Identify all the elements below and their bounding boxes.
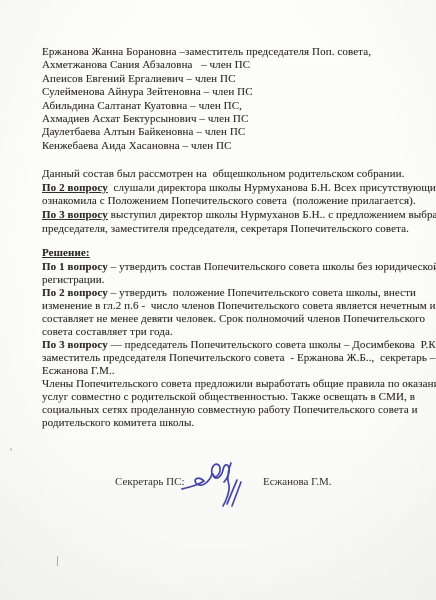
secretary-label: Секретарь ПС: xyxy=(115,476,185,488)
decision-line: По 1 вопросу – утвердить состав Попечите… xyxy=(42,261,436,274)
resolution-heading-text: Решение: xyxy=(42,247,90,259)
discussion-paragraphs: Данный состав был рассмотрен на общешкол… xyxy=(42,168,436,236)
scan-artifact-tick xyxy=(57,556,58,566)
closing-text: родительского комитета школы. xyxy=(42,417,194,429)
decision-3-lead: По 3 вопросу xyxy=(42,339,108,351)
closing-text: Члены Попечительского совета предложили … xyxy=(42,378,436,390)
question-2-lead: По 2 вопросу xyxy=(42,182,108,194)
decision-line: По 2 вопросу – утвердить положение Попеч… xyxy=(42,287,436,300)
closing-text: услуг совместно с родительской обществен… xyxy=(42,391,415,403)
decision-text: составляет не менее девяти человек. Срок… xyxy=(42,313,425,325)
decision-text: изменение в гл.2 п.6 - число членов Попе… xyxy=(42,300,436,312)
decision-text: заместитель председателя Попечительского… xyxy=(42,352,435,364)
closing-line: родительского комитета школы. xyxy=(42,417,436,430)
member-line: Ахмадиев Асхат Бектурсынович – член ПС xyxy=(42,113,436,126)
body-line: По 3 вопросу выступил директор школы Нур… xyxy=(42,209,436,223)
body-line: ознакомила с Положением Попечительского … xyxy=(42,195,436,209)
closing-line: Члены Попечительского совета предложили … xyxy=(42,378,436,391)
decision-1-lead: По 1 вопросу xyxy=(42,261,108,273)
decision-line: изменение в гл.2 п.6 - число членов Попе… xyxy=(42,300,436,313)
scanned-document-page: Ержанова Жанна Борановна –заместитель пр… xyxy=(0,0,436,600)
member-line: Даулетбаева Алтын Байкеновна – член ПС xyxy=(42,126,436,139)
question-3-lead: По 3 вопросу xyxy=(42,209,108,221)
resolution-heading: Решение: xyxy=(42,247,436,261)
closing-line: услуг совместно с родительской обществен… xyxy=(42,391,436,404)
member-line: Ержанова Жанна Борановна –заместитель пр… xyxy=(42,46,436,59)
decision-2-lead: По 2 вопросу xyxy=(42,287,108,299)
decision-text: регистрации. xyxy=(42,274,105,286)
decision-line: заместитель председателя Попечительского… xyxy=(42,352,436,365)
body-text: ознакомила с Положением Попечительского … xyxy=(42,195,416,207)
decision-line: Есжанова Г.М.. xyxy=(42,365,436,378)
body-text: слушали директора школы Нурмуханова Б.Н.… xyxy=(108,182,436,194)
resolution-section: Решение: xyxy=(42,247,436,261)
scan-artifact-dot xyxy=(10,448,12,451)
decision-text: – утвердить положение Попечительского со… xyxy=(108,287,416,299)
closing-line: социальных сетях проделанную совместную … xyxy=(42,404,436,417)
decision-text: совета составляет три года. xyxy=(42,326,173,338)
signature-row: Секретарь ПС: Есжанова Г.М. xyxy=(42,470,436,500)
body-line: Данный состав был рассмотрен на общешкол… xyxy=(42,168,436,182)
member-line: Ахметжанова Сания Абзаловна – член ПС xyxy=(42,59,436,72)
member-line: Апеисов Евгений Ергалиевич – член ПС xyxy=(42,73,436,86)
decision-text: Есжанова Г.М.. xyxy=(42,365,115,377)
decision-text: – утвердить состав Попечительского совет… xyxy=(108,261,436,273)
decision-line: составляет не менее девяти человек. Срок… xyxy=(42,313,436,326)
member-line: Сулейменова Айнура Зейтеновна – член ПС xyxy=(42,86,436,99)
closing-text: социальных сетях проделанную совместную … xyxy=(42,404,418,416)
document-content: Ержанова Жанна Борановна –заместитель пр… xyxy=(42,0,436,500)
decision-text: — председатель Попечительского совета шк… xyxy=(108,339,436,351)
member-line: Кенжебаева Аида Хасановна – член ПС xyxy=(42,140,436,153)
body-line: председателя, заместителя председателя, … xyxy=(42,223,436,237)
secretary-name: Есжанова Г.М. xyxy=(263,476,332,488)
body-text: Данный состав был рассмотрен на общешкол… xyxy=(42,168,404,180)
decisions-list: По 1 вопросу – утвердить состав Попечите… xyxy=(42,261,436,430)
body-line: По 2 вопросу слушали директора школы Нур… xyxy=(42,182,436,196)
decision-line: совета составляет три года. xyxy=(42,326,436,339)
decision-line: регистрации. xyxy=(42,274,436,287)
body-text: выступил директор школы Нурмуханов Б.Н..… xyxy=(108,209,436,221)
body-text: председателя, заместителя председателя, … xyxy=(42,223,409,235)
handwritten-signature-ink xyxy=(180,454,264,514)
members-list: Ержанова Жанна Борановна –заместитель пр… xyxy=(42,46,436,153)
decision-line: По 3 вопросу — председатель Попечительск… xyxy=(42,339,436,352)
member-line: Абильдина Салтанат Куатовна – член ПС, xyxy=(42,100,436,113)
